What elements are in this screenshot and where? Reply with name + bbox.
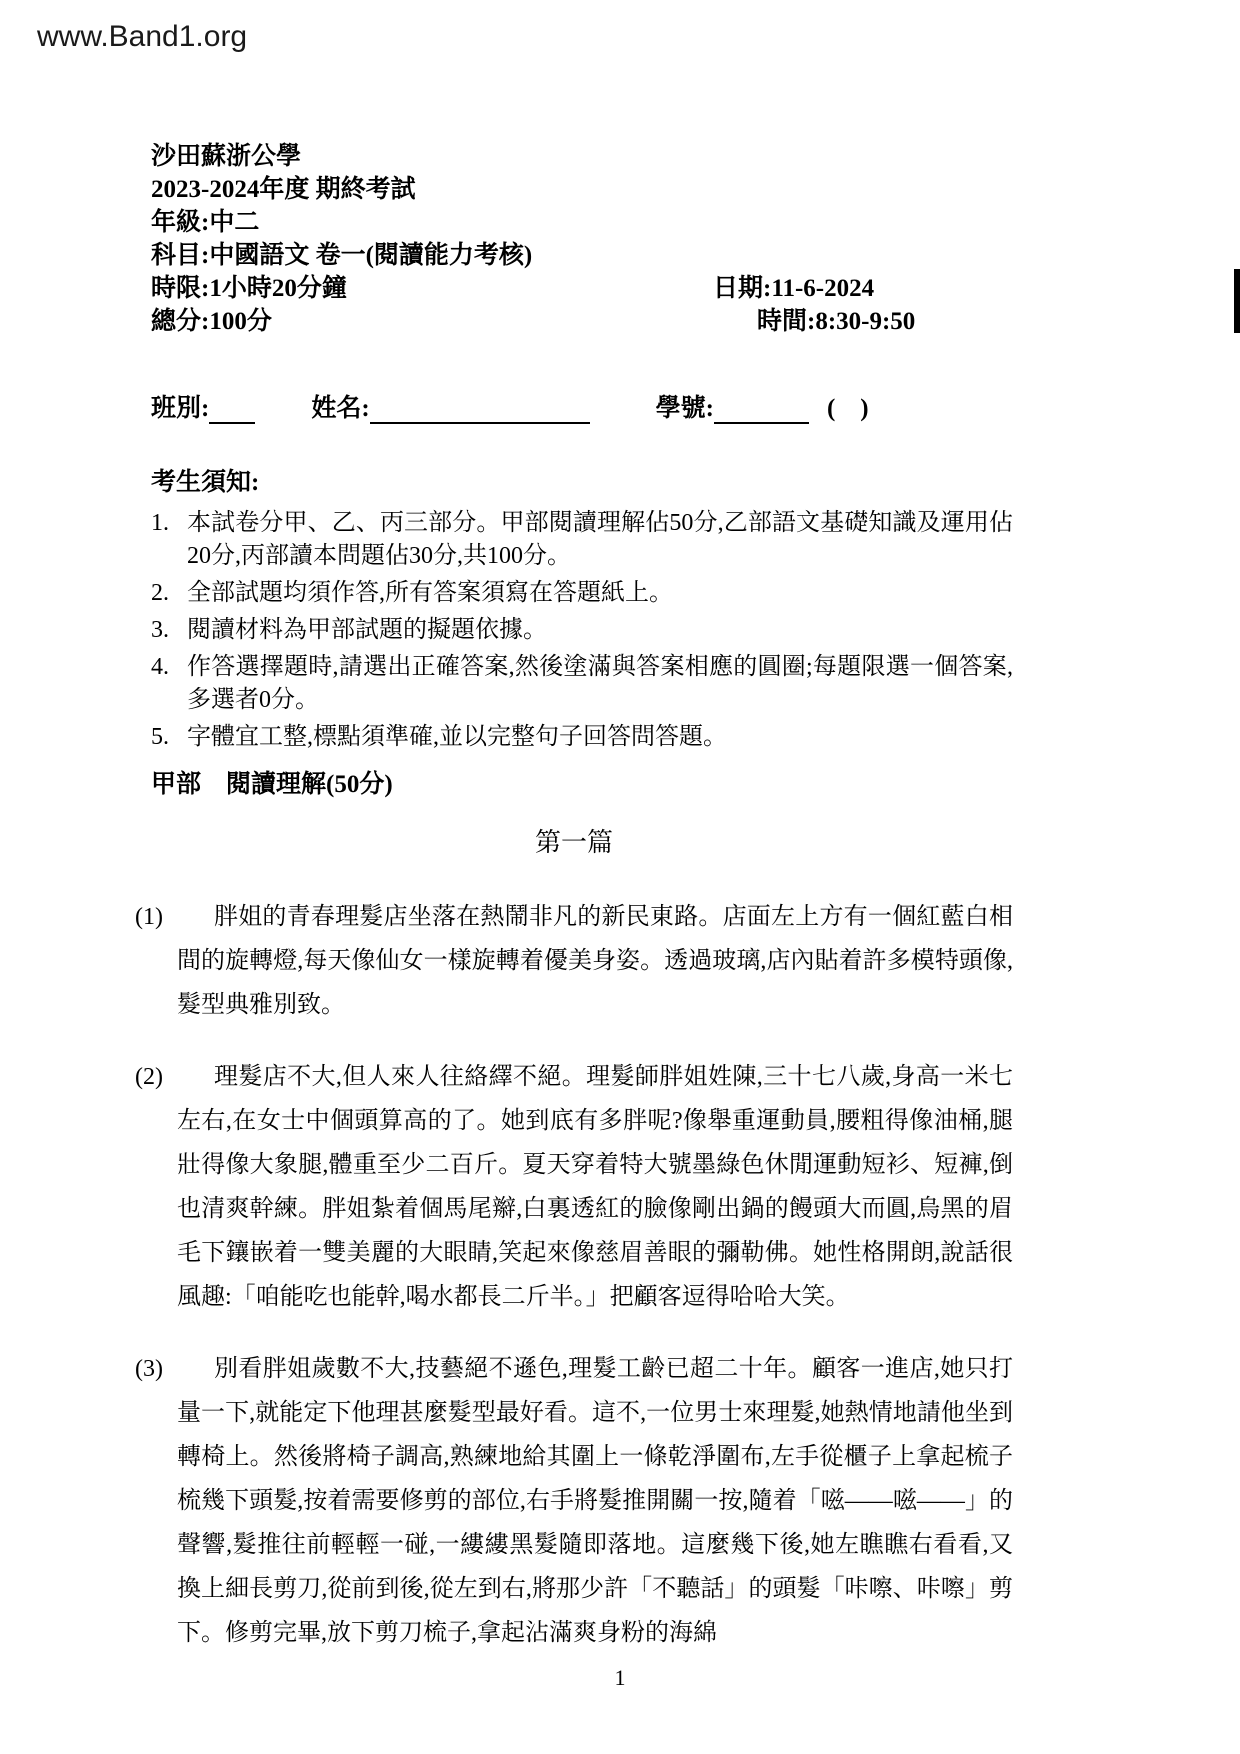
- notice-item-number: 4.: [151, 651, 187, 717]
- exam-header: 沙田蘇浙公學 2023-2024年度 期終考試 年級:中二 科目:中國語文 卷一…: [151, 140, 1013, 338]
- notice-title: 考生須知:: [151, 466, 1013, 499]
- class-blank: [209, 395, 255, 424]
- class-label: 班別:: [151, 388, 209, 424]
- notice-item-text: 字體宜工整,標點須準確,並以完整句子回答問答題。: [187, 721, 1013, 754]
- notice-item: 3. 閱讀材料為甲部試題的擬題依據。: [151, 614, 1013, 647]
- total-marks-label: 總分:100分: [151, 308, 272, 335]
- time-limit-line: 時限:1小時20分鐘 日期:11-6-2024: [151, 272, 1013, 305]
- paragraph-number: (1): [135, 895, 177, 1027]
- page-number: 1: [0, 1665, 1240, 1691]
- total-marks-line: 總分:100分 時間:8:30-9:50: [151, 305, 1013, 338]
- notice-item-number: 5.: [151, 721, 187, 754]
- notice-item-number: 1.: [151, 507, 187, 573]
- paragraph-text: 理髮店不大,但人來人往絡繹不絕。理髮師胖姐姓陳,三十七八歲,身高一米七左右,在女…: [177, 1055, 1013, 1319]
- student-info-row: 班別: 姓名: 學號: ( ): [151, 388, 1013, 424]
- watermark-url: www.Band1.org: [37, 20, 247, 54]
- paragraph-number: (3): [135, 1347, 177, 1655]
- notice-item-number: 2.: [151, 577, 187, 610]
- student-number-label: 學號:: [656, 388, 714, 424]
- notice-item-number: 3.: [151, 614, 187, 647]
- passage-paragraph: (2) 理髮店不大,但人來人往絡繹不絕。理髮師胖姐姓陳,三十七八歲,身高一米七左…: [135, 1055, 1013, 1319]
- name-blank: [370, 395, 590, 424]
- exam-title: 2023-2024年度 期終考試: [151, 173, 1013, 206]
- passage-title: 第一篇: [135, 827, 1013, 859]
- name-label: 姓名:: [311, 388, 369, 424]
- notice-list: 1. 本試卷分甲、乙、丙三部分。甲部閱讀理解佔50分,乙部語文基礎知識及運用佔2…: [151, 507, 1013, 754]
- scan-artifact-bar: [1234, 269, 1240, 333]
- exam-paper-page: www.Band1.org 沙田蘇浙公學 2023-2024年度 期終考試 年級…: [0, 0, 1240, 1754]
- time-limit-label: 時限:1小時20分鐘: [151, 275, 347, 302]
- notice-item: 1. 本試卷分甲、乙、丙三部分。甲部閱讀理解佔50分,乙部語文基礎知識及運用佔2…: [151, 507, 1013, 573]
- notice-item-text: 閱讀材料為甲部試題的擬題依據。: [187, 614, 1013, 647]
- notice-item-text: 全部試題均須作答,所有答案須寫在答題紙上。: [187, 577, 1013, 610]
- student-number-blank: [714, 395, 809, 424]
- passage-paragraph: (3) 別看胖姐歲數不大,技藝絕不遜色,理髮工齡已超二十年。顧客一進店,她只打量…: [135, 1347, 1013, 1655]
- passage-paragraph: (1) 胖姐的青春理髮店坐落在熱鬧非凡的新民東路。店面左上方有一個紅藍白相間的旋…: [135, 895, 1013, 1027]
- grade-line: 年級:中二: [151, 206, 1013, 239]
- notice-item: 5. 字體宜工整,標點須準確,並以完整句子回答問答題。: [151, 721, 1013, 754]
- paragraph-number: (2): [135, 1055, 177, 1319]
- notice-item-text: 本試卷分甲、乙、丙三部分。甲部閱讀理解佔50分,乙部語文基礎知識及運用佔20分,…: [187, 507, 1013, 573]
- page-content: 沙田蘇浙公學 2023-2024年度 期終考試 年級:中二 科目:中國語文 卷一…: [135, 140, 1013, 1683]
- section-a-heading: 甲部 閱讀理解(50分): [151, 768, 1013, 801]
- passage-body: (1) 胖姐的青春理髮店坐落在熱鬧非凡的新民東路。店面左上方有一個紅藍白相間的旋…: [135, 895, 1013, 1655]
- paragraph-text: 別看胖姐歲數不大,技藝絕不遜色,理髮工齡已超二十年。顧客一進店,她只打量一下,就…: [177, 1347, 1013, 1655]
- notice-item: 2. 全部試題均須作答,所有答案須寫在答題紙上。: [151, 577, 1013, 610]
- notice-item-text: 作答選擇題時,請選出正確答案,然後塗滿與答案相應的圓圈;每題限選一個答案,多選者…: [187, 651, 1013, 717]
- exam-time: 時間:8:30-9:50: [757, 305, 915, 338]
- school-name: 沙田蘇浙公學: [151, 140, 1013, 173]
- paragraph-text: 胖姐的青春理髮店坐落在熱鬧非凡的新民東路。店面左上方有一個紅藍白相間的旋轉燈,每…: [177, 895, 1013, 1027]
- notice-item: 4. 作答選擇題時,請選出正確答案,然後塗滿與答案相應的圓圈;每題限選一個答案,…: [151, 651, 1013, 717]
- subject-line: 科目:中國語文 卷一(閱讀能力考核): [151, 239, 1013, 272]
- exam-date: 日期:11-6-2024: [713, 272, 874, 305]
- class-number-paren: ( ): [827, 388, 869, 424]
